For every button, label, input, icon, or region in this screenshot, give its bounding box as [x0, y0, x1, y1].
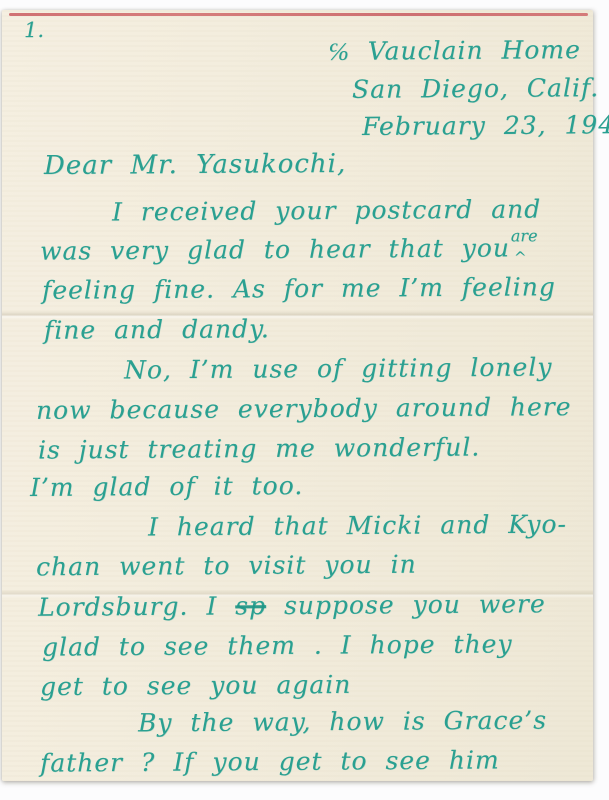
handwritten-line: I’m glad of it too. — [30, 471, 303, 502]
handwritten-line: No, I’m use of gitting lonely — [124, 353, 553, 385]
handwritten-line: By the way, how is Grace’s — [138, 706, 547, 738]
line-text-post: suppose you were — [266, 589, 546, 620]
handwritten-line: is just treating me wonderful. — [38, 432, 480, 464]
handwritten-line: Lordsburg. I sp suppose you were — [38, 589, 546, 622]
line-text: feeling fine. As for me I’m feeling — [42, 272, 556, 305]
letter-paper: 1. ℅ Vauclain Home San Diego, Calif. Feb… — [2, 10, 593, 781]
handwritten-line: was very glad to hear that youare^ — [40, 233, 510, 265]
handwritten-line: father ? If you get to see him — [40, 745, 500, 777]
line-text: I’m glad of it too. — [30, 471, 303, 502]
insertion-caret: ^ — [514, 248, 527, 266]
inserted-word: are — [511, 226, 538, 245]
handwritten-line: fine and dandy. — [44, 314, 270, 345]
line-text: fine and dandy. — [44, 314, 270, 345]
line-text: No, I’m use of gitting lonely — [124, 353, 553, 385]
scribbled-out-word: sp — [235, 591, 266, 620]
handwritten-line: feeling fine. As for me I’m feeling — [42, 272, 556, 305]
scanned-letter: 1. ℅ Vauclain Home San Diego, Calif. Feb… — [0, 0, 609, 800]
handwritten-line: now because everybody around here — [36, 392, 572, 425]
handwritten-line: chan went to visit you in — [36, 550, 417, 582]
line-text: glad to see them . I hope they — [42, 629, 513, 661]
line-text: is just treating me wonderful. — [38, 432, 480, 464]
line-text: was very glad to hear that you — [40, 233, 510, 265]
address-care-of-line: ℅ Vauclain Home — [328, 35, 581, 67]
handwritten-line: I received your postcard and — [112, 195, 541, 227]
handwritten-line: get to see you again — [40, 670, 352, 701]
line-text: I heard that Micki and Kyo- — [148, 510, 567, 542]
line-text-pre: Lordsburg. I — [38, 591, 235, 621]
line-text: I received your postcard and — [112, 195, 541, 227]
page-number: 1. — [24, 18, 44, 42]
line-text: By the way, how is Grace’s — [138, 706, 547, 738]
handwritten-line: glad to see them . I hope they — [42, 629, 513, 661]
address-city-line: San Diego, Calif. — [352, 73, 599, 104]
handwritten-line: I heard that Micki and Kyo- — [148, 510, 567, 542]
line-text: get to see you again — [40, 670, 352, 701]
paper-top-red-edge — [9, 13, 588, 16]
line-text: chan went to visit you in — [36, 550, 417, 582]
line-text: now because everybody around here — [36, 392, 572, 425]
date-line: February 23, 1943 — [362, 110, 609, 141]
line-text: father ? If you get to see him — [40, 745, 500, 777]
salutation: Dear Mr. Yasukochi, — [44, 149, 346, 181]
